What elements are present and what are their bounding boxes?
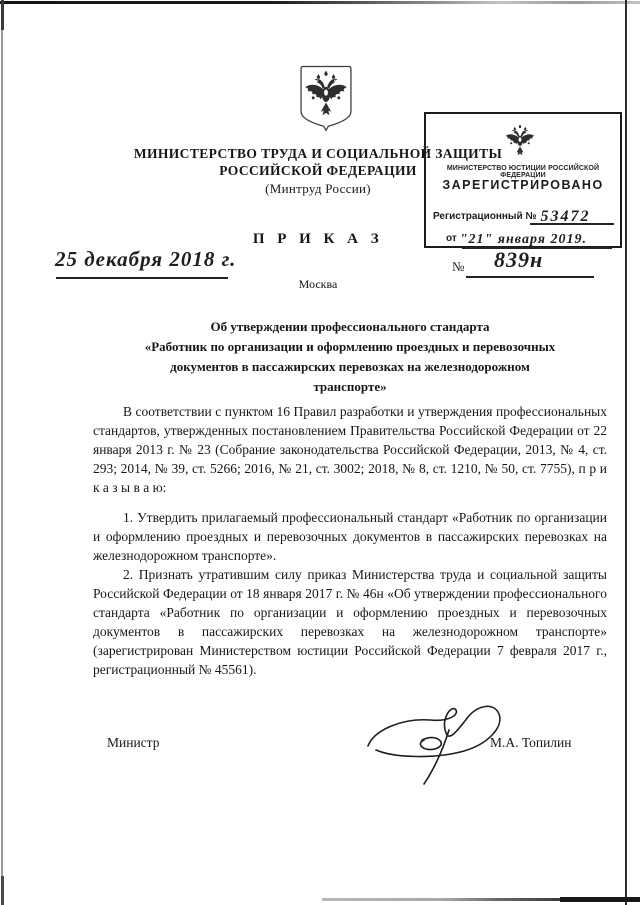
stamp-registration-line: Регистрационный №53472 — [433, 206, 591, 224]
order-title: Об утверждении профессионального стандар… — [93, 317, 607, 397]
scan-edge-top — [0, 1, 640, 4]
stamp-registered-label: ЗАРЕГИСТРИРОВАНО — [426, 178, 620, 192]
justice-registration-stamp: МИНИСТЕРСТВО ЮСТИЦИИ РОССИЙСКОЙ ФЕДЕРАЦИ… — [424, 112, 622, 248]
signer-name: М.А. Топилин — [490, 735, 572, 751]
russia-coat-of-arms-icon — [297, 57, 355, 141]
city-label: Москва — [38, 277, 598, 292]
stamp-reg-label: Регистрационный № — [433, 211, 537, 222]
document-type-heading: П Р И К А З — [38, 231, 598, 248]
scan-edge-left — [1, 0, 3, 905]
paragraph-intro: В соответствии с пунктом 16 Правил разра… — [93, 402, 607, 497]
scan-edge-bottom-corner — [560, 897, 640, 902]
paragraph-item-1: 1. Утвердить прилагаемый профессиональны… — [93, 508, 607, 565]
signer-position: Министр — [107, 735, 159, 751]
paragraph-item-2: 2. Признать утратившим силу приказ Минис… — [93, 565, 607, 679]
order-number-handwritten: 839н — [494, 247, 543, 273]
order-number-underline — [466, 276, 594, 278]
order-date-handwritten: 25 декабря 2018 г. — [55, 247, 236, 272]
stamp-reg-underline — [530, 223, 614, 225]
justice-ministry-eagle-icon — [504, 117, 536, 163]
scanned-order-document: МИНИСТЕРСТВО ТРУДА И СОЦИАЛЬНОЙ ЗАЩИТЫ Р… — [0, 0, 640, 905]
scan-edge-left-bottom — [1, 876, 4, 905]
scan-edge-left-top — [1, 0, 4, 30]
order-number-label: № — [452, 259, 464, 275]
stamp-agency-name: МИНИСТЕРСТВО ЮСТИЦИИ РОССИЙСКОЙ ФЕДЕРАЦИ… — [426, 165, 620, 179]
order-body: В соответствии с пунктом 16 Правил разра… — [93, 402, 607, 679]
scan-edge-right — [625, 0, 627, 905]
